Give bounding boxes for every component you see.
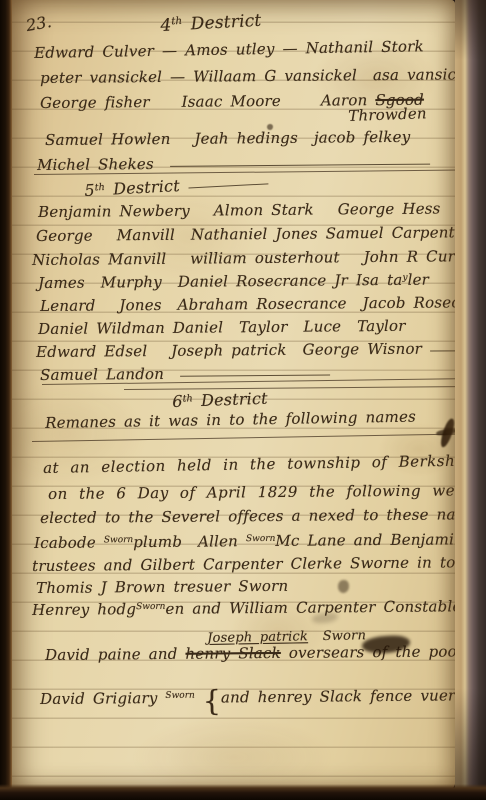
text-segment: Daniel Wildman Daniel Taylor Luce Taylor — [38, 317, 406, 338]
record-line: trustees and Gilbert Carpenter Clerke Sw… — [32, 553, 486, 575]
record-line: at an election held in the township of B… — [43, 451, 478, 477]
text-segment: th — [182, 393, 192, 404]
ledger-page: 23. 4th DestrictEdward Culver — Amos utl… — [12, 0, 455, 789]
page-stack-edge — [455, 0, 486, 800]
text-segment: Nicholas Manvill william ousterhout John… — [32, 247, 478, 269]
text-segment: Sworn — [308, 628, 366, 644]
text-segment: th — [171, 16, 182, 28]
text-segment: Edward Culver — Amos utley — Nathanil St… — [34, 37, 424, 62]
ink-divider-rule — [32, 434, 456, 442]
text-segment: Lenard Jones Abraham Rosecrance Jacob Ro… — [40, 293, 486, 315]
text-segment: James Murphy Daniel Rosecrance Jr Isa ta — [38, 271, 403, 292]
book-binding-left — [0, 0, 12, 800]
ink-rule — [430, 343, 458, 352]
text-segment: David Grigiary — [40, 689, 165, 708]
roster-line: Lenard Jones Abraham Rosecrance Jacob Ro… — [40, 293, 486, 315]
roster-line: Samuel Howlen Jeah hedings jacob felkey — [45, 128, 410, 149]
text-segment: Sworn — [165, 691, 194, 701]
district-4-heading: 4th Destrict — [160, 11, 262, 36]
text-segment: elected to the Severel offeces a nexed t… — [40, 505, 486, 527]
ink-rule — [170, 156, 430, 167]
text-segment: and henrey Slack fence vuers — [221, 686, 464, 706]
book-binding-bottom — [0, 784, 486, 800]
text-segment: Samuel Howlen Jeah hedings jacob felkey — [45, 128, 410, 149]
text-segment: Destrict — [104, 176, 188, 199]
ink-divider-rule — [124, 386, 459, 390]
roster-line: Nicholas Manvill william ousterhout John… — [32, 247, 478, 269]
roster-line: Edward Edsel Joseph patrick George Wisno… — [36, 339, 458, 361]
text-segment: { — [203, 684, 221, 717]
text-segment: Michel Shekes — [37, 155, 170, 174]
text-segment: plumb Allen — [133, 532, 246, 551]
text-segment: Samuel Landon — [40, 365, 180, 384]
text-segment: Sworn — [104, 535, 133, 545]
district-5-heading: 5th Destrict — [84, 171, 268, 200]
text-segment: Henrey hodg — [32, 600, 136, 619]
text-segment: Remanes as it was in to the following na… — [45, 408, 416, 432]
ink-blot — [338, 580, 349, 593]
text-segment: on the 6 Day of April 1829 the following… — [48, 481, 472, 503]
roster-line: James Murphy Daniel Rosecrance Jr Isa ta… — [38, 271, 429, 292]
record-line: Icabode Swornplumb Allen SwornMc Lane an… — [34, 529, 486, 552]
record-line: David Grigiary Sworn {and henrey Slack f… — [40, 682, 463, 719]
text-segment: at an election held in the township of B… — [43, 451, 478, 477]
text-segment: Throwden — [348, 104, 427, 125]
text-segment: Benjamin Newbery Almon Stark George Hess — [38, 199, 441, 221]
roster-line: Daniel Wildman Daniel Taylor Luce Taylor — [38, 317, 406, 338]
text-segment: David paine and — [45, 645, 186, 664]
record-line: elected to the Severel offeces a nexed t… — [40, 505, 486, 527]
roster-line: Benjamin Newbery Almon Stark George Hess — [38, 199, 441, 221]
text-segment: George fisher Isaac Moore Aaron — [40, 91, 375, 112]
text-segment: Edward Edsel Joseph patrick George Wisno… — [36, 340, 430, 361]
text-segment: Sworn — [136, 602, 165, 612]
text-segment: Destrict — [182, 11, 262, 35]
text-segment: Destrict — [192, 389, 268, 411]
ink-rule — [188, 175, 268, 188]
handwriting-layer: 4th DestrictEdward Culver — Amos utley —… — [12, 0, 455, 789]
note-line: Remanes as it was in to the following na… — [45, 408, 416, 432]
record-line: on the 6 Day of April 1829 the following… — [48, 481, 472, 503]
district-6-heading: 6th Destrict — [172, 389, 268, 411]
text-segment: Sworn — [246, 534, 275, 544]
text-segment: y — [402, 273, 407, 283]
ink-rule — [180, 367, 330, 377]
record-line: Henrey hodgSwornen and William Carpenter… — [32, 597, 486, 619]
roster-line: Edward Culver — Amos utley — Nathanil St… — [34, 37, 424, 62]
record-line: Thomis J Brown tresuer Sworn — [36, 577, 288, 597]
text-segment: trustees and Gilbert Carpenter Clerke Sw… — [32, 553, 486, 575]
text-segment: peter vansickel — Willaam G vansickel as… — [40, 65, 480, 87]
roster-correction: Throwden — [348, 104, 427, 125]
ledger-book: 23. 4th DestrictEdward Culver — Amos utl… — [0, 0, 486, 800]
text-segment: henry Slack — [185, 644, 280, 663]
roster-line: George Manvill Nathaniel Jones Samuel Ca… — [36, 223, 471, 245]
text-segment: th — [94, 182, 105, 194]
text-segment: Thomis J Brown tresuer Sworn — [36, 577, 288, 597]
text-segment — [195, 689, 203, 707]
text-segment: Icabode — [34, 533, 104, 552]
text-segment: ler — [407, 271, 429, 289]
text-segment: George Manvill Nathaniel Jones Samuel Ca… — [36, 223, 471, 245]
roster-line: peter vansickel — Willaam G vansickel as… — [40, 65, 480, 87]
